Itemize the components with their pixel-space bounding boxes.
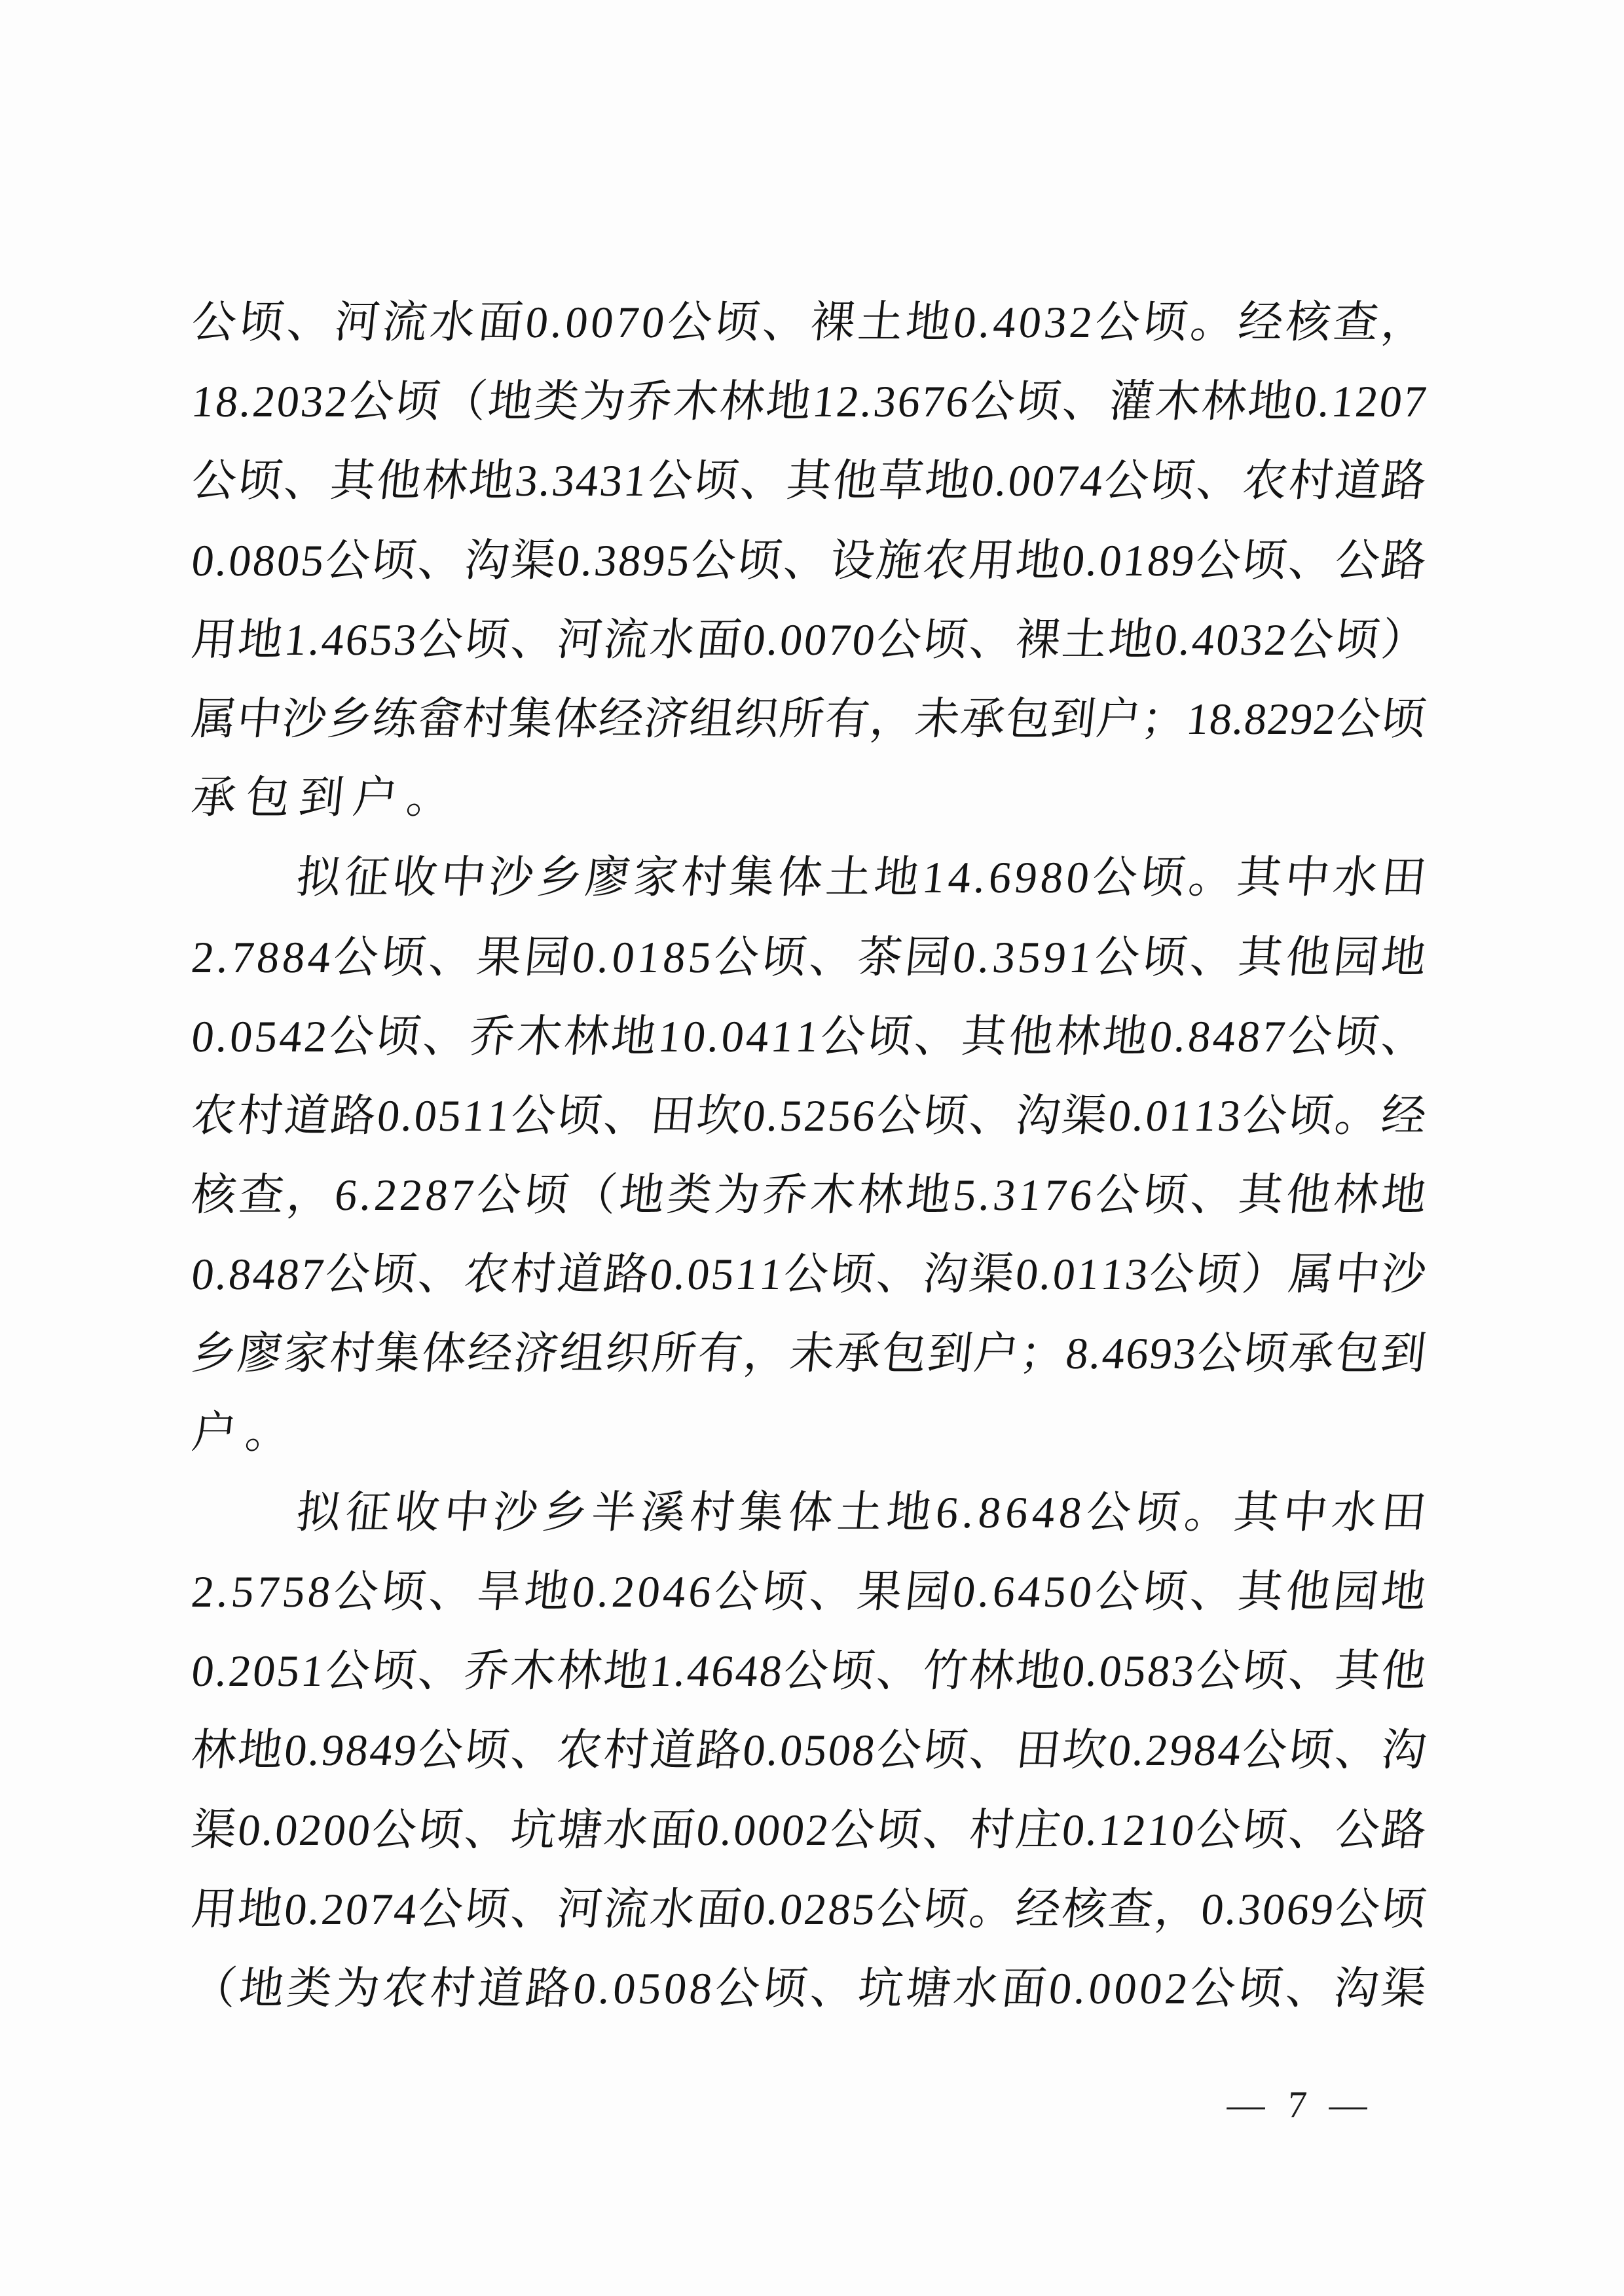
text-line: 公顷、其他林地3.3431公顷、其他草地0.0074公顷、农村道路 — [188, 441, 1431, 520]
text-line: 承包到户。 — [188, 758, 1431, 837]
text-line: 0.0542公顷、乔木林地10.0411公顷、其他林地0.8487公顷、 — [188, 996, 1431, 1076]
text-block: 公顷、河流水面0.0070公顷、裸土地0.4032公顷。经核查， 18.2032… — [192, 282, 1426, 2028]
text-line: 18.2032公顷（地类为乔木林地12.3676公顷、灌木林地0.1207 — [188, 361, 1431, 441]
text-line: 渠0.0200公顷、坑塘水面0.0002公顷、村庄0.1210公顷、公路 — [188, 1790, 1431, 1869]
text-line: 拟征收中沙乡廖家村集体土地14.6980公顷。其中水田 — [188, 837, 1431, 917]
text-line: 0.0805公顷、沟渠0.3895公顷、设施农用地0.0189公顷、公路 — [188, 520, 1431, 600]
text-line: 0.2051公顷、乔木林地1.4648公顷、竹林地0.0583公顷、其他 — [188, 1631, 1431, 1710]
text-line: 0.8487公顷、农村道路0.0511公顷、沟渠0.0113公顷）属中沙 — [188, 1234, 1431, 1313]
text-line: 属中沙乡练畲村集体经济组织所有，未承包到户；18.8292公顷 — [188, 679, 1431, 758]
text-line: （地类为农村道路0.0508公顷、坑塘水面0.0002公顷、沟渠 — [188, 1948, 1431, 2028]
text-line: 用地0.2074公顷、河流水面0.0285公顷。经核查，0.3069公顷 — [188, 1869, 1431, 1948]
text-line: 拟征收中沙乡半溪村集体土地6.8648公顷。其中水田 — [188, 1472, 1431, 1552]
text-line: 2.5758公顷、旱地0.2046公顷、果园0.6450公顷、其他园地 — [188, 1552, 1431, 1631]
text-line: 户。 — [188, 1393, 1431, 1472]
text-line: 农村道路0.0511公顷、田坎0.5256公顷、沟渠0.0113公顷。经 — [188, 1076, 1431, 1155]
text-line: 2.7884公顷、果园0.0185公顷、茶园0.3591公顷、其他园地 — [188, 917, 1431, 996]
text-line: 乡廖家村集体经济组织所有，未承包到户；8.4693公顷承包到 — [188, 1313, 1431, 1393]
text-line: 林地0.9849公顷、农村道路0.0508公顷、田坎0.2984公顷、沟 — [188, 1710, 1431, 1789]
page-number: — 7 — — [1214, 2082, 1388, 2128]
text-line: 核查，6.2287公顷（地类为乔木林地5.3176公顷、其他林地 — [188, 1155, 1431, 1234]
document-page: 公顷、河流水面0.0070公顷、裸土地0.4032公顷。经核查， 18.2032… — [0, 0, 1624, 2296]
text-line: 公顷、河流水面0.0070公顷、裸土地0.4032公顷。经核查， — [188, 282, 1431, 361]
text-line: 用地1.4653公顷、河流水面0.0070公顷、裸土地0.4032公顷） — [188, 600, 1431, 679]
